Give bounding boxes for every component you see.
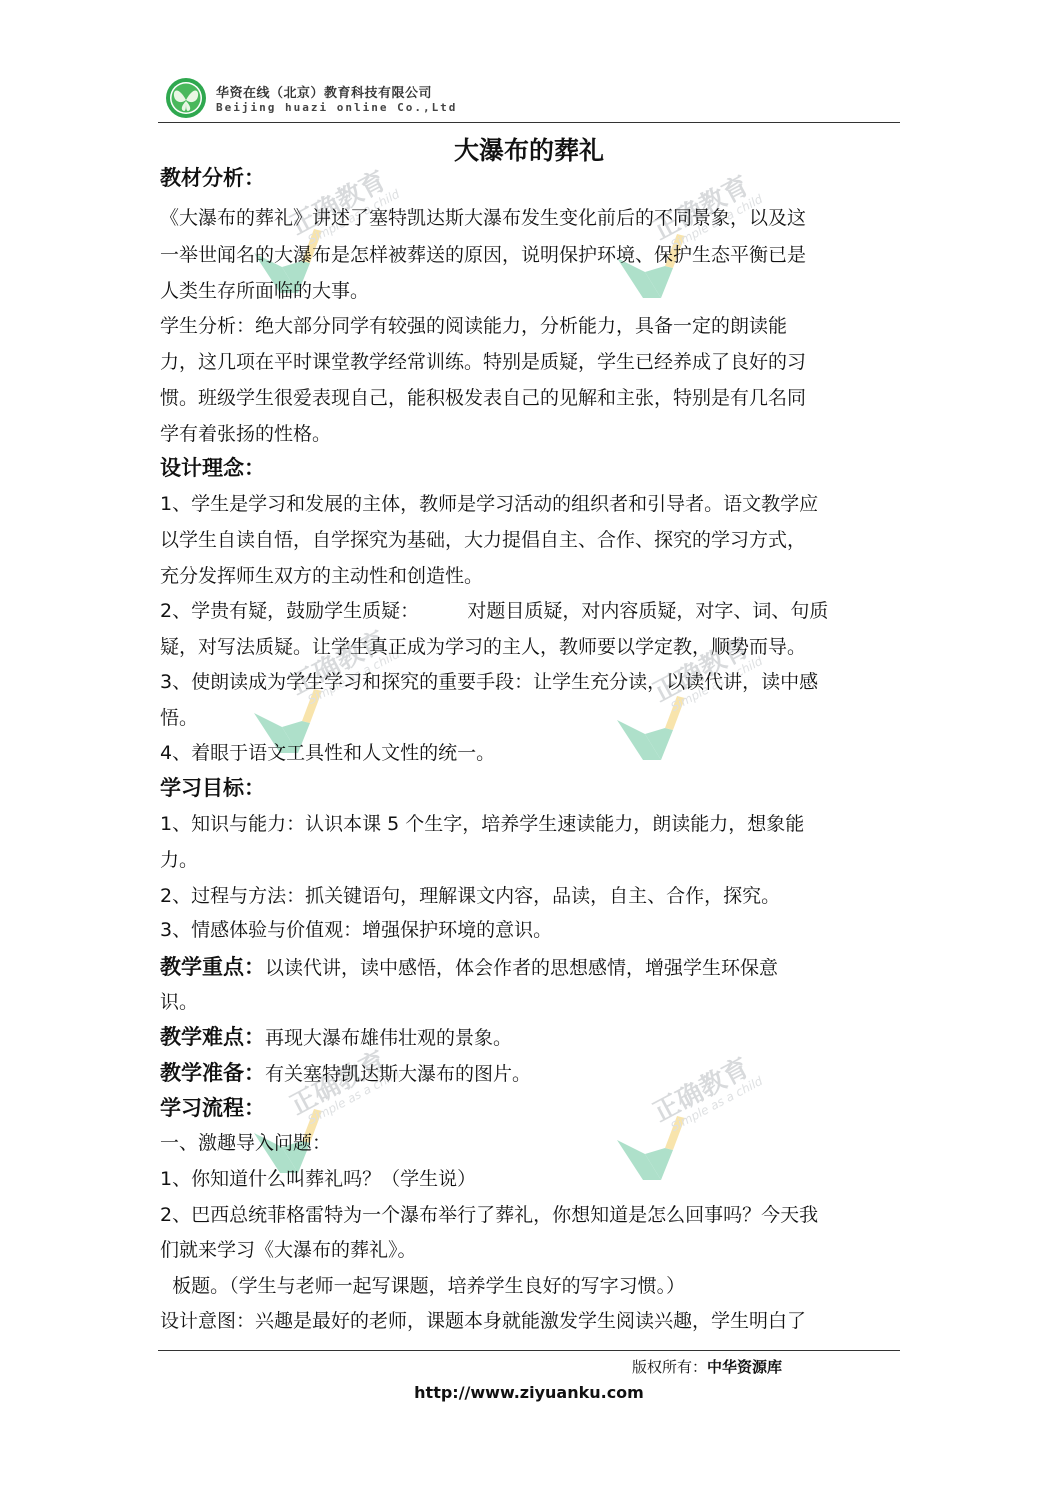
paragraph-line: 悟。: [160, 706, 198, 730]
paragraph-line: 1、学生是学习和发展的主体，教师是学习活动的组织者和引导者。语文教学应: [160, 492, 818, 516]
section-heading: 教材分析：: [160, 166, 265, 190]
paragraph-line: 2、过程与方法：抓关键语句，理解课文内容，品读，自主、合作，探究。: [160, 884, 780, 908]
paragraph-line: 板题。（学生与老师一起写课题，培养学生良好的写字习惯。）: [160, 1274, 685, 1298]
document-page: 华资在线（北京）教育科技有限公司 Beijing huazi online Co…: [0, 0, 1058, 1497]
line-label: 教学准备：: [160, 1061, 265, 1085]
paragraph-line: 疑，对写法质疑。让学生真正成为学习的主人，教师要以学定教，顺势而导。: [160, 635, 806, 659]
paragraph-line: 们就来学习《大瀑布的葬礼》。: [160, 1238, 417, 1262]
paragraph-line: 设计意图：兴趣是最好的老师，课题本身就能激发学生阅读兴趣，学生明白了: [160, 1309, 806, 1333]
document-title: 大瀑布的葬礼: [0, 131, 1058, 167]
paragraph-line: 识。: [160, 990, 198, 1014]
paragraph-line: 一、激趣导入问题：: [160, 1131, 331, 1155]
paragraph-line: 3、使朗读成为学生学习和探究的重要手段：让学生充分读，以读代讲，读中感: [160, 670, 818, 694]
copyright-notice: 版权所有：中华资源库: [632, 1356, 782, 1377]
paragraph-line: 学有着张扬的性格。: [160, 422, 331, 446]
watermark-en: Simple as a child: [668, 1074, 765, 1134]
company-logo-icon: [165, 77, 207, 119]
paragraph-line: 惯。班级学生很爱表现自己，能积极发表自己的见解和主张，特别是有几名同: [160, 386, 806, 410]
paragraph-line: 《大瀑布的葬礼》讲述了塞特凯达斯大瀑布发生变化前后的不同景象，以及这: [160, 206, 806, 230]
labeled-line: 教学重点：以读代讲，读中感悟，体会作者的思想感情，增强学生环保意: [160, 955, 778, 980]
paragraph-line: 一举世闻名的大瀑布是怎样被葬送的原因，说明保护环境、保护生态平衡已是: [160, 243, 806, 267]
paragraph-line: 人类生存所面临的大事。: [160, 279, 369, 303]
watermark: 正确教育Simple as a child: [615, 1092, 785, 1182]
line-label: 教学重点：: [160, 955, 265, 979]
watermark-cn: 正确教育: [646, 1047, 755, 1129]
paragraph-line: 1、知识与能力：认识本课 5 个生字，培养学生速读能力，朗读能力，想象能: [160, 812, 804, 836]
header-divider: [158, 122, 900, 123]
footer-url[interactable]: http://www.ziyuanku.com: [0, 1383, 1058, 1402]
paragraph-line: 力，这几项在平时课堂教学经常训练。特别是质疑，学生已经养成了良好的习: [160, 350, 806, 374]
line-label: 教学难点：: [160, 1025, 265, 1049]
paragraph-line: 充分发挥师生双方的主动性和创造性。: [160, 564, 483, 588]
company-name-en: Beijing huazi online Co.,Ltd: [216, 101, 457, 114]
paragraph-line: 2、学贵有疑，鼓励学生质疑： 对题目质疑，对内容质疑，对字、词、句质: [160, 599, 828, 623]
paragraph-line: 2、巴西总统菲格雷特为一个瀑布举行了葬礼，你想知道是怎么回事吗？今天我: [160, 1203, 818, 1227]
paragraph-line: 4、着眼于语文工具性和人文性的统一。: [160, 741, 495, 765]
paragraph-line: 1、你知道什么叫葬礼吗？（学生说）: [160, 1167, 476, 1191]
check-mark-logo-icon: [615, 690, 695, 762]
labeled-line: 教学准备：有关塞特凯达斯大瀑布的图片。: [160, 1061, 531, 1086]
section-heading: 设计理念：: [160, 456, 265, 480]
line-text: 再现大瀑布雄伟壮观的景象。: [265, 1027, 512, 1049]
paragraph-line: 3、情感体验与价值观：增强保护环境的意识。: [160, 918, 552, 942]
section-heading: 学习流程：: [160, 1096, 265, 1120]
labeled-line: 教学难点：再现大瀑布雄伟壮观的景象。: [160, 1025, 512, 1050]
line-text: 以读代讲，读中感悟，体会作者的思想感情，增强学生环保意: [265, 957, 778, 979]
paragraph-line: 以学生自读自悟，自学探究为基础，大力提倡自主、合作、探究的学习方式，: [160, 528, 806, 552]
check-mark-logo-icon: [615, 1110, 695, 1182]
paragraph-line: 学生分析：绝大部分同学有较强的阅读能力，分析能力，具备一定的朗读能: [160, 314, 787, 338]
paragraph-line: 力。: [160, 848, 198, 872]
watermark: 正确教育Simple as a child: [252, 1085, 422, 1175]
line-text: 有关塞特凯达斯大瀑布的图片。: [265, 1063, 531, 1085]
section-heading: 学习目标：: [160, 776, 265, 800]
copyright-label: 版权所有：: [632, 1358, 707, 1376]
copyright-owner: 中华资源库: [707, 1358, 782, 1376]
company-name-cn: 华资在线（北京）教育科技有限公司: [216, 82, 432, 101]
footer-divider: [158, 1350, 900, 1351]
